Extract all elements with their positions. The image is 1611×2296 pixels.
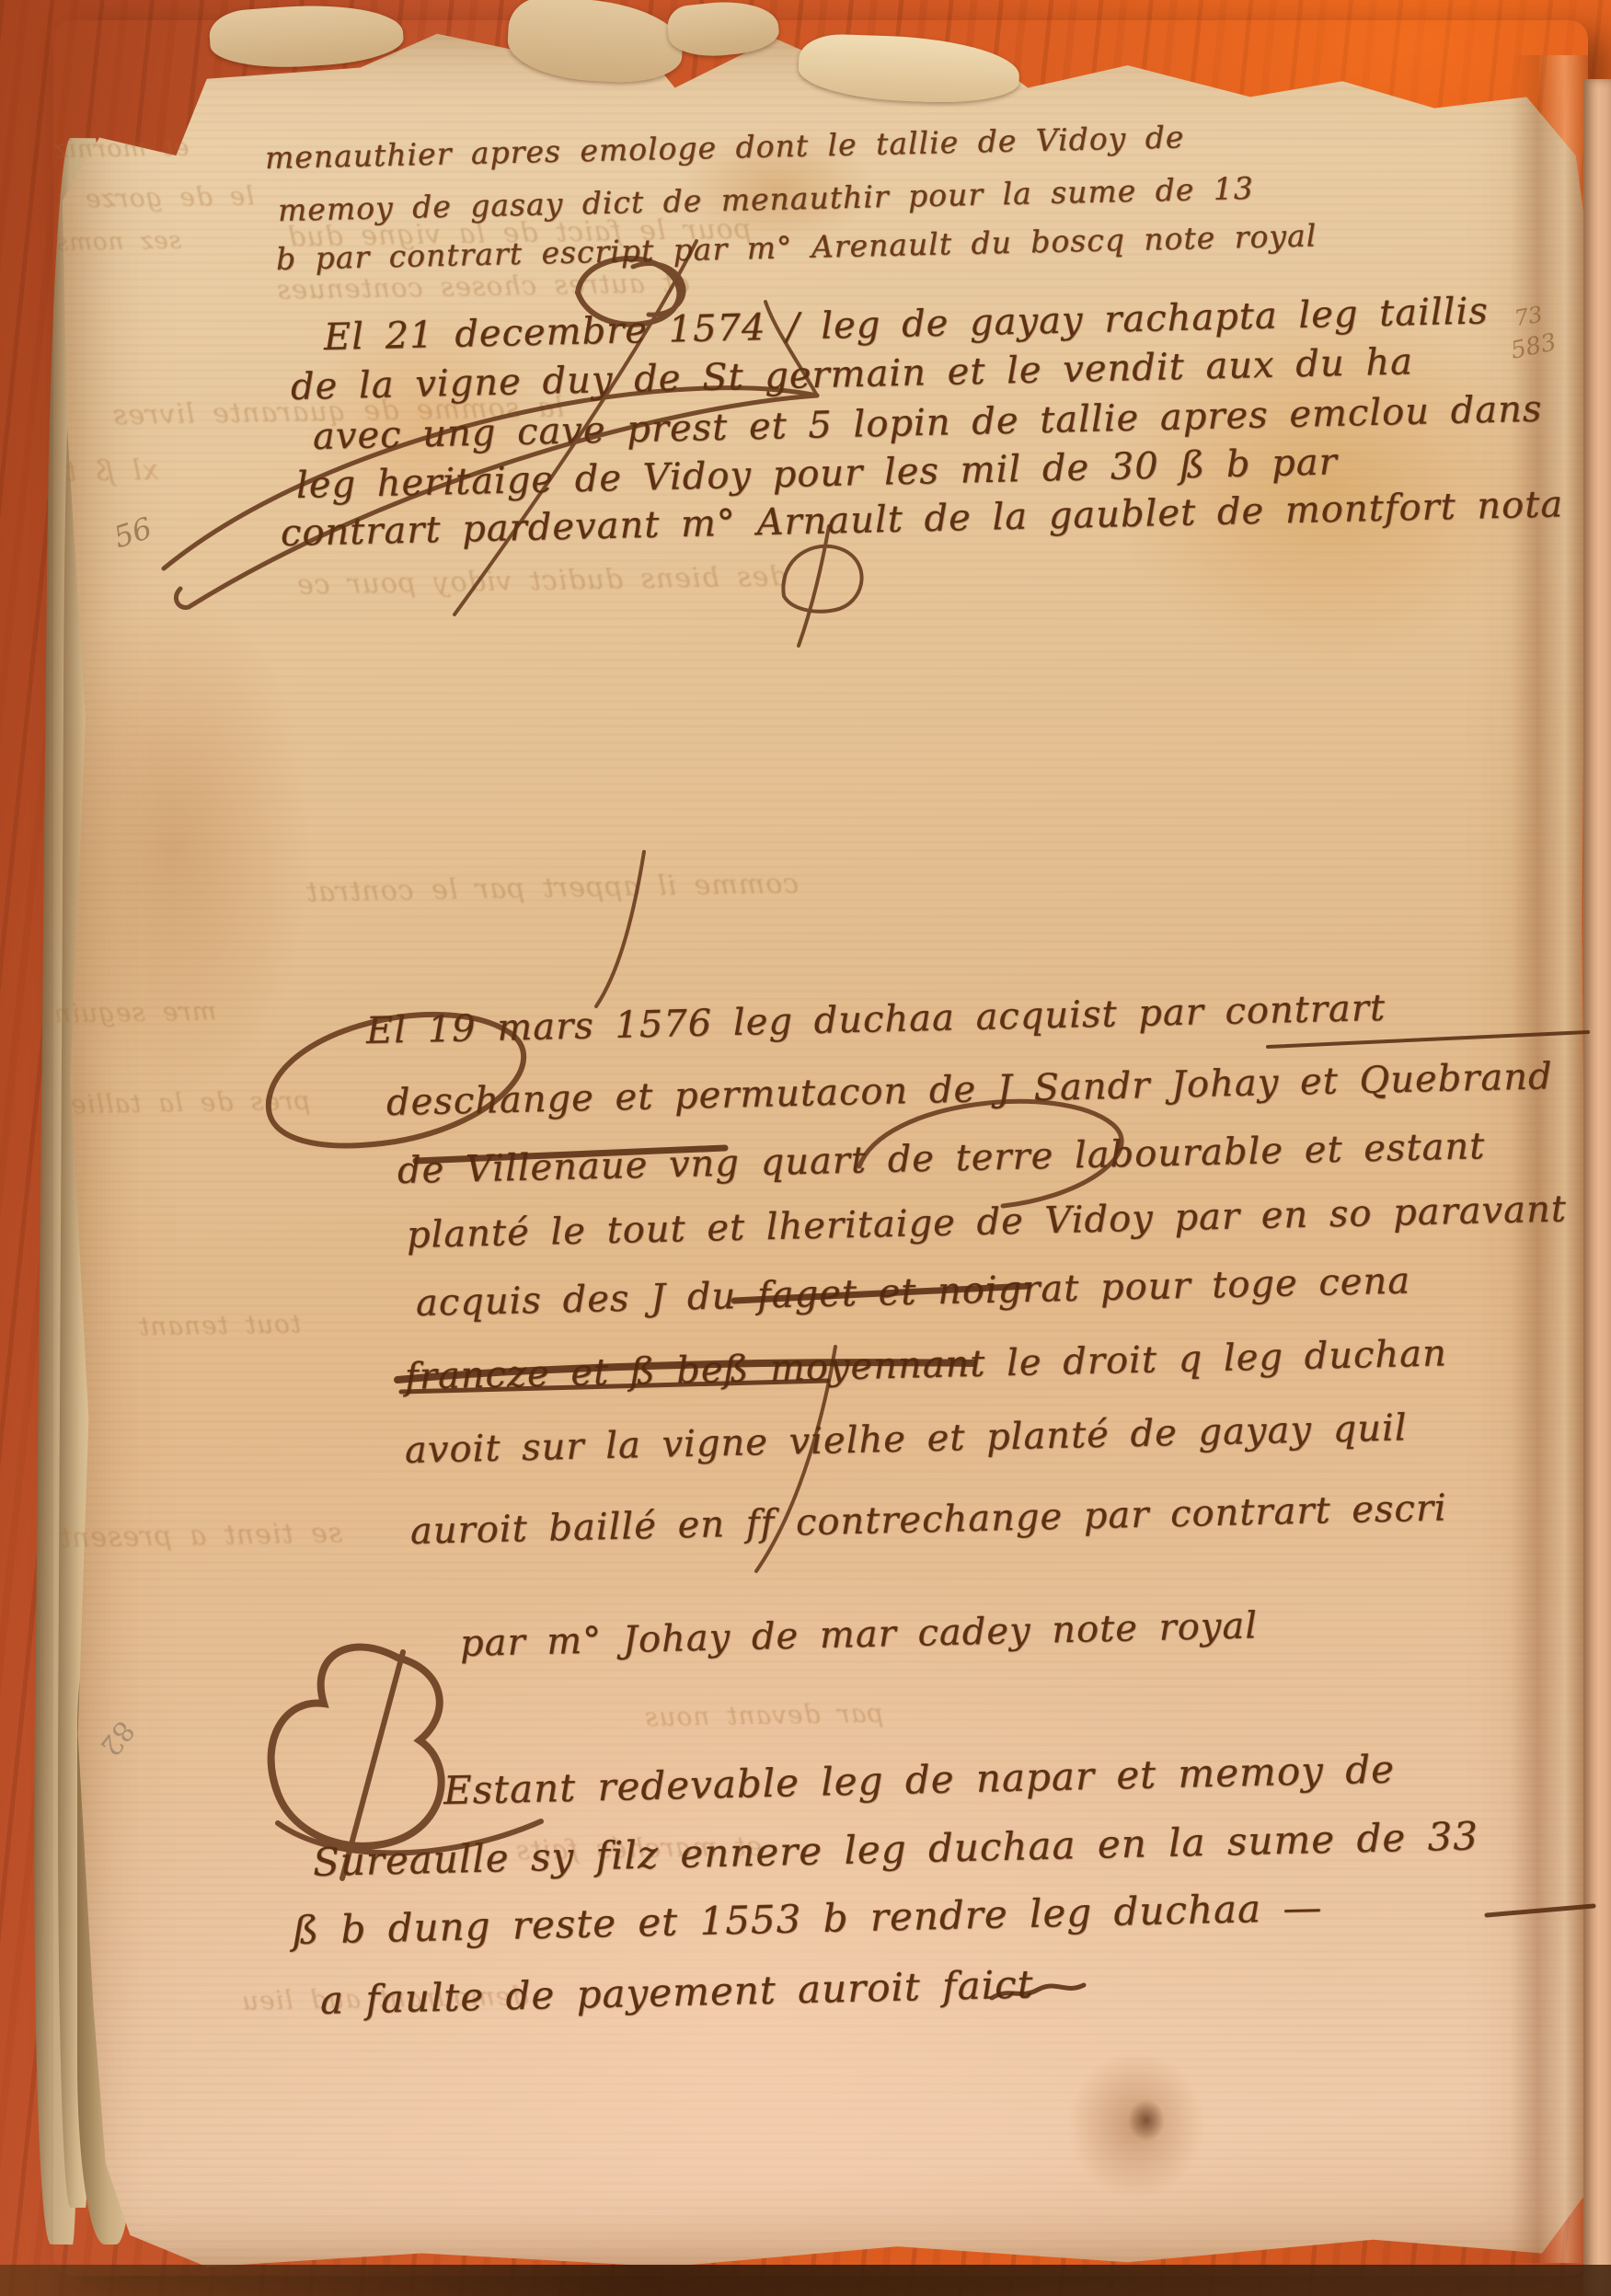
- page-fold-shading: [1511, 55, 1588, 2263]
- margin-mark-73: 73: [1513, 302, 1545, 332]
- photo-of-manuscript: { "colors": { "ink": "#5d3014", "ink_fai…: [0, 0, 1611, 2296]
- table-edge: [0, 2265, 1611, 2296]
- manuscript-page: [53, 20, 1588, 2276]
- next-page-edge: [1583, 79, 1611, 2296]
